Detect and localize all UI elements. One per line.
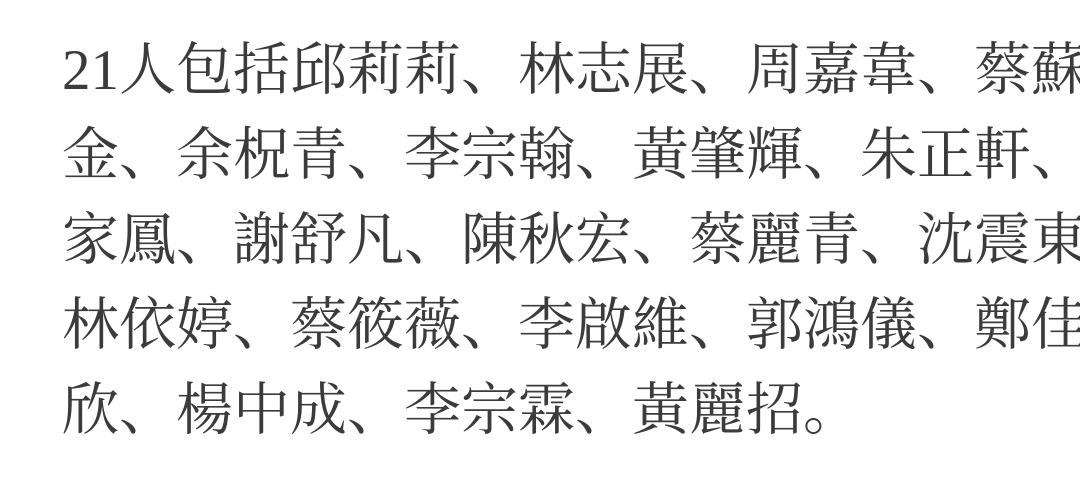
- paragraph-line-2: 金、余柷青、李宗翰、黃肇輝、朱正軒、沈: [62, 113, 1022, 198]
- paragraph-line-1: 21人包括邱莉莉、林志展、周嘉韋、蔡蘇秋: [62, 28, 1022, 113]
- paragraph-line-3: 家鳳、謝舒凡、陳秋宏、蔡麗青、沈震東、: [62, 198, 1022, 283]
- article-text-block: 21人包括邱莉莉、林志展、周嘉韋、蔡蘇秋 金、余柷青、李宗翰、黃肇輝、朱正軒、沈…: [62, 28, 1022, 453]
- paragraph-line-4: 林依婷、蔡筱薇、李啟維、郭鴻儀、鄭佳: [62, 283, 1022, 368]
- paragraph-line-5: 欣、楊中成、李宗霖、黃麗招。: [62, 368, 1022, 453]
